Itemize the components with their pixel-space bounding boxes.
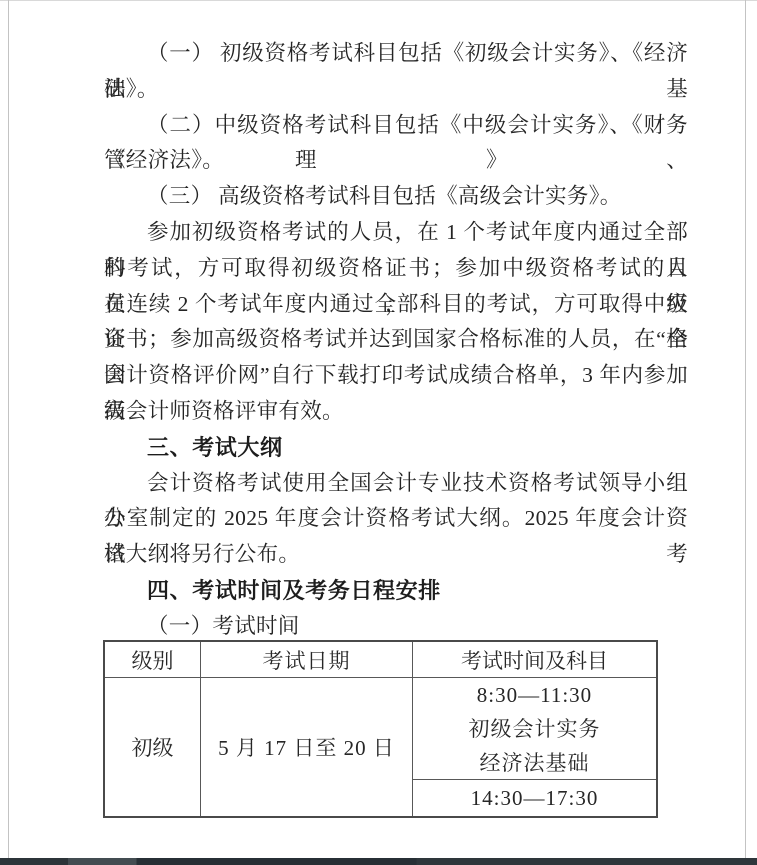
clause-2-line-1: （二）中级资格考试科目包括《中级会计实务》、《财务管理》、 [104,108,688,144]
exam-schedule-table: 级别 考试日期 考试时间及科目 初级 5 月 17 日至 20 日 8:30—1… [103,640,658,818]
paragraph-certificates-line-6: 级会计师资格评审有效。 [104,394,688,430]
scan-right-edge [745,0,746,858]
morning-session-subject-2: 经济法基础 [413,746,656,780]
paragraph-certificates-line-5: 会计资格评价网”自行下载打印考试成绩合格单，3 年内参加高 [104,358,688,394]
header-time-subject: 考试时间及科目 [413,642,656,677]
table-row-junior: 初级 5 月 17 日至 20 日 8:30—11:30 初级会计实务 经济法基… [105,678,656,816]
section-3-heading: 三、考试大纲 [104,430,688,466]
clause-3-line-1: （三） 高级资格考试科目包括《高级会计实务》。 [104,179,688,215]
paragraph-certificates-line-1: 参加初级资格考试的人员，在 1 个考试年度内通过全部科目 [104,215,688,251]
scan-left-edge [8,0,9,858]
scan-top-edge [0,0,757,1]
paragraph-syllabus-line-1: 会计资格考试使用全国会计专业技术资格考试领导小组办 [104,466,688,502]
morning-session-cell: 8:30—11:30 初级会计实务 经济法基础 [413,678,656,780]
morning-session-time: 8:30—11:30 [413,678,656,712]
paragraph-certificates-line-3: 在连续 2 个考试年度内通过全部科目的考试，方可取得中级资格 [104,287,688,323]
afternoon-session-time: 14:30—17:30 [413,780,656,816]
paragraph-syllabus-line-2: 公室制定的 2025 年度会计资格考试大纲。2025 年度会计资格考 [104,501,688,537]
header-level: 级别 [105,642,201,677]
scan-bottom-bar [0,858,757,865]
clause-1-line-1: （一） 初级资格考试科目包括《初级会计实务》、《经济法基 [104,36,688,72]
paragraph-certificates-line-4: 证书；参加高级资格考试并达到国家合格标准的人员，在“全国 [104,322,688,358]
cell-time-subject: 8:30—11:30 初级会计实务 经济法基础 14:30—17:30 [413,678,656,816]
cell-level: 初级 [105,678,201,816]
header-exam-date: 考试日期 [201,642,413,677]
cell-exam-date: 5 月 17 日至 20 日 [201,678,413,816]
paragraph-certificates-line-2: 的考试，方可取得初级资格证书；参加中级资格考试的人员，应 [104,251,688,287]
morning-session-subject-1: 初级会计实务 [413,712,656,746]
section-4-heading: 四、考试时间及考务日程安排 [104,573,688,609]
document-body: （一） 初级资格考试科目包括《初级会计实务》、《经济法基 础》。 （二）中级资格… [104,36,688,645]
table-header-row: 级别 考试日期 考试时间及科目 [105,642,656,678]
